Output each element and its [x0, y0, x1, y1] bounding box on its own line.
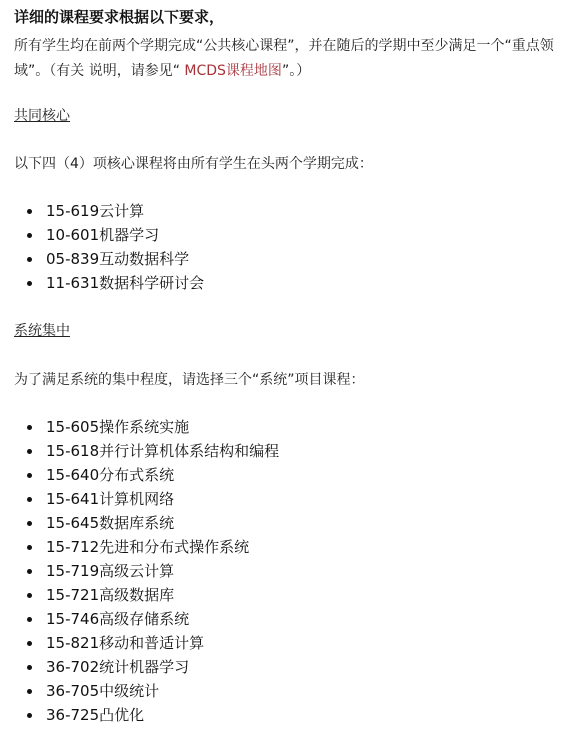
- bullet-icon: [27, 233, 32, 238]
- bullet-icon: [27, 497, 32, 502]
- core-course-list: 15-619云计算 10-601机器学习 05-839互动数据科学 11-631…: [0, 199, 204, 295]
- course-label: 15-619云计算: [46, 202, 144, 220]
- course-label: 15-821移动和普适计算: [46, 634, 204, 652]
- course-label: 36-702统计机器学习: [46, 658, 189, 676]
- intro-paragraph: 所有学生均在前两个学期完成“公共核心课程”，并在随后的学期中至少满足一个“重点领…: [14, 34, 574, 84]
- course-label: 15-645数据库系统: [46, 514, 174, 532]
- list-item: 15-712先进和分布式操作系统: [0, 535, 279, 559]
- list-item: 15-719高级云计算: [0, 559, 279, 583]
- list-item: 15-645数据库系统: [0, 511, 279, 535]
- mcds-curriculum-map-link[interactable]: MCDS课程地图: [184, 63, 282, 79]
- list-item: 15-618并行计算机体系结构和编程: [0, 439, 279, 463]
- bullet-icon: [27, 569, 32, 574]
- list-item: 10-601机器学习: [0, 223, 204, 247]
- course-label: 15-719高级云计算: [46, 562, 174, 580]
- list-item: 15-605操作系统实施: [0, 415, 279, 439]
- bullet-icon: [27, 281, 32, 286]
- bullet-icon: [27, 257, 32, 262]
- course-label: 05-839互动数据科学: [46, 250, 189, 268]
- course-label: 15-605操作系统实施: [46, 418, 189, 436]
- bullet-icon: [27, 689, 32, 694]
- course-label: 15-641计算机网络: [46, 490, 174, 508]
- course-label: 15-746高级存储系统: [46, 610, 189, 628]
- systems-heading: 系统集中: [14, 321, 70, 341]
- list-item: 11-631数据科学研讨会: [0, 271, 204, 295]
- bullet-icon: [27, 521, 32, 526]
- bullet-icon: [27, 425, 32, 430]
- bullet-icon: [27, 665, 32, 670]
- list-item: 05-839互动数据科学: [0, 247, 204, 271]
- list-item: 36-725凸优化: [0, 703, 279, 727]
- intro-text-part2: ”。）: [282, 63, 310, 79]
- list-item: 36-702统计机器学习: [0, 655, 279, 679]
- course-label: 15-640分布式系统: [46, 466, 174, 484]
- bullet-icon: [27, 593, 32, 598]
- bullet-icon: [27, 209, 32, 214]
- core-heading: 共同核心: [14, 106, 70, 126]
- intro-title: 详细的课程要求根据以下要求，: [14, 6, 224, 28]
- course-label: 10-601机器学习: [46, 226, 159, 244]
- bullet-icon: [27, 449, 32, 454]
- course-label: 15-721高级数据库: [46, 586, 174, 604]
- core-description: 以下四（4）项核心课程将由所有学生在头两个学期完成：: [14, 154, 373, 174]
- systems-course-list: 15-605操作系统实施 15-618并行计算机体系结构和编程 15-640分布…: [0, 415, 279, 727]
- course-label: 36-725凸优化: [46, 706, 144, 724]
- course-label: 15-712先进和分布式操作系统: [46, 538, 249, 556]
- bullet-icon: [27, 713, 32, 718]
- course-label: 36-705中级统计: [46, 682, 159, 700]
- list-item: 15-821移动和普适计算: [0, 631, 279, 655]
- list-item: 15-619云计算: [0, 199, 204, 223]
- bullet-icon: [27, 617, 32, 622]
- systems-description: 为了满足系统的集中程度，请选择三个“系统”项目课程：: [14, 370, 365, 390]
- list-item: 15-641计算机网络: [0, 487, 279, 511]
- list-item: 36-705中级统计: [0, 679, 279, 703]
- bullet-icon: [27, 545, 32, 550]
- bullet-icon: [27, 641, 32, 646]
- course-label: 11-631数据科学研讨会: [46, 274, 204, 292]
- list-item: 15-746高级存储系统: [0, 607, 279, 631]
- list-item: 15-640分布式系统: [0, 463, 279, 487]
- course-label: 15-618并行计算机体系结构和编程: [46, 442, 279, 460]
- list-item: 15-721高级数据库: [0, 583, 279, 607]
- bullet-icon: [27, 473, 32, 478]
